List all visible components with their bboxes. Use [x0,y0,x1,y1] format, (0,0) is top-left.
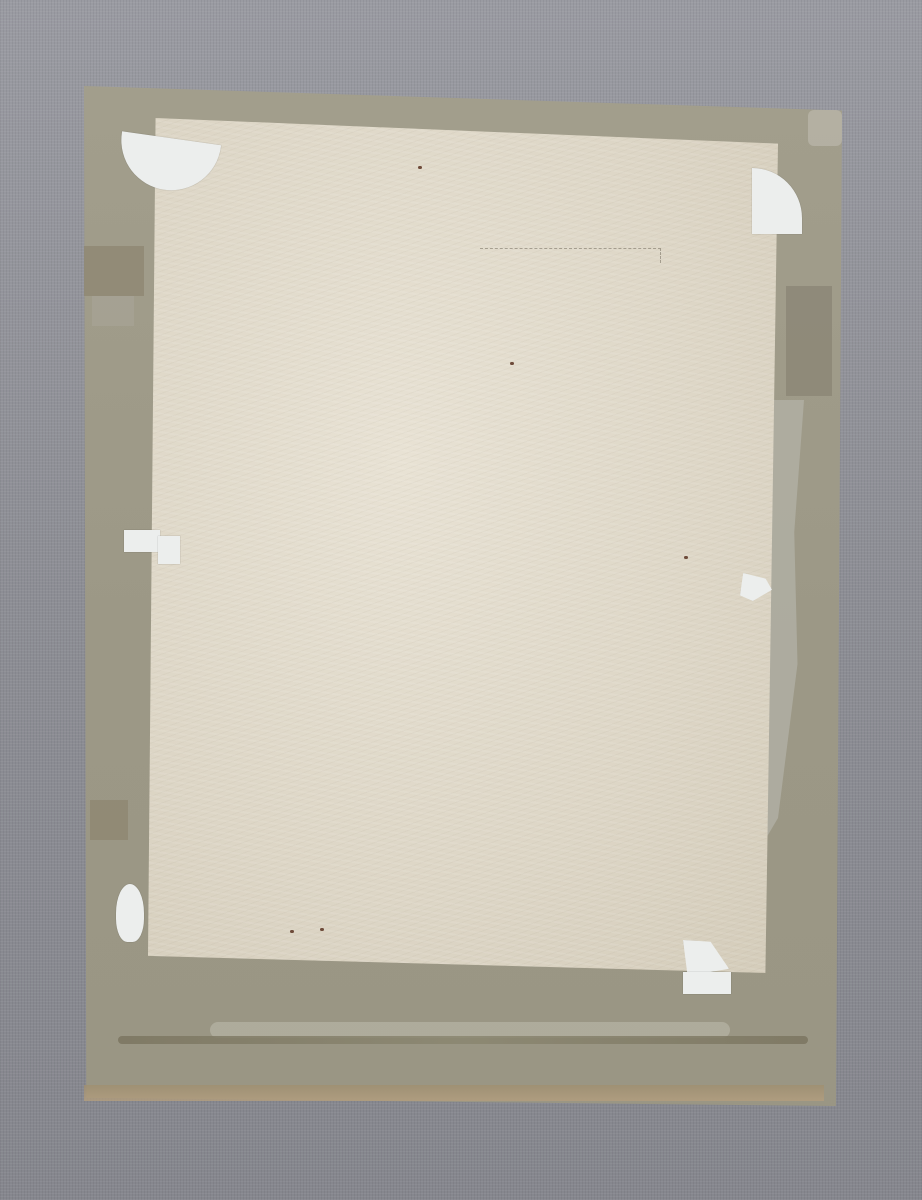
plate-mark [480,248,661,263]
mount-bottom-edge-discoloration [84,1085,824,1101]
hinge-tape [158,536,180,564]
hinge-tape [116,884,144,942]
glue-line [118,1036,808,1044]
paper-sheet-verso [148,118,778,973]
foxing-spot [290,930,294,933]
foxing-spot [510,362,514,365]
hinge-tape [683,972,731,994]
foxing-spot [320,928,324,931]
hinge-tape [124,530,160,552]
old-tape-stain [92,296,134,326]
old-tape-stain [786,286,832,396]
foxing-spot [684,556,688,559]
foxing-spot [418,166,422,169]
old-tape-stain [808,110,842,146]
old-tape-stain [84,246,144,296]
old-tape-stain [90,800,128,840]
paper-texture [148,118,778,973]
